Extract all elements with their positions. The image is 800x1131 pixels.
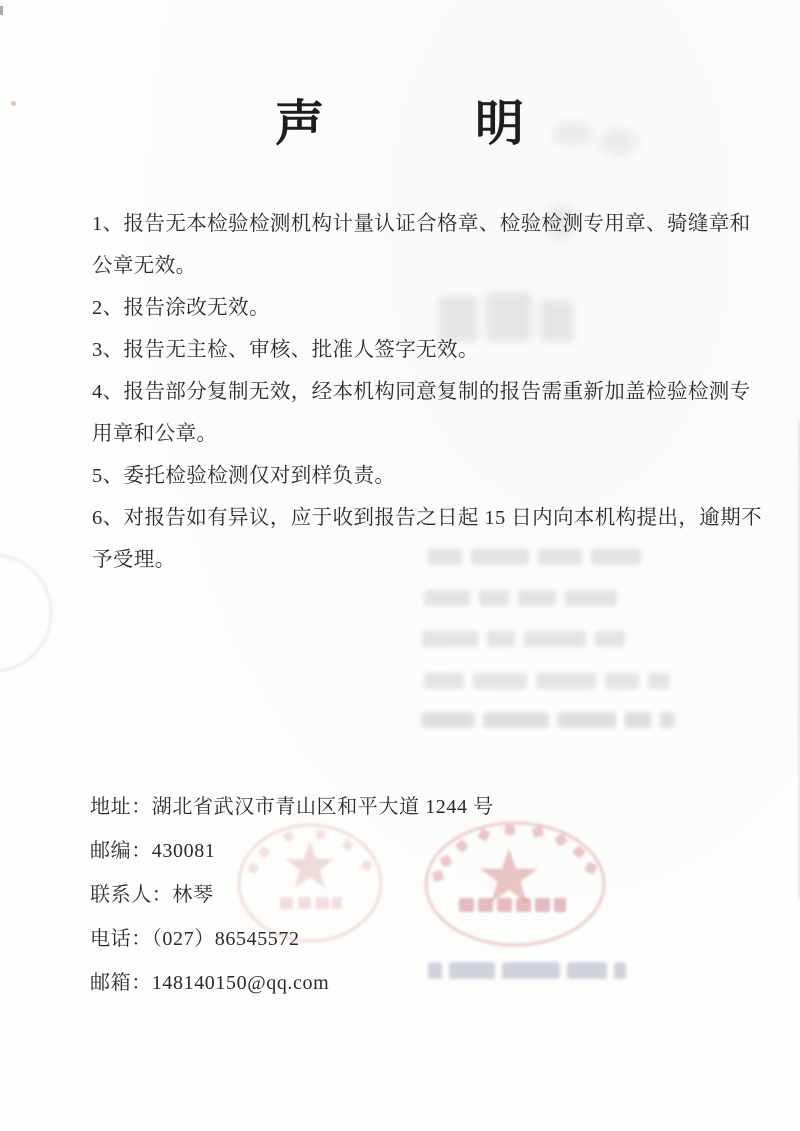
title-char-sheng: 声 (275, 96, 325, 151)
contact-person: 联系人：林琴 (90, 873, 570, 917)
declaration-line-1: 1、报告无本检验检测机构计量认证合格章、检验检测专用章、骑缝章和 (92, 203, 724, 245)
page-title: 声明 (0, 94, 800, 154)
contact-phone: 电话：（027）86545572 (90, 917, 570, 961)
declaration-line-3: 2、报告涂改无效。 (92, 287, 724, 329)
bleedthrough-text-line (422, 631, 625, 647)
declaration-body: 1、报告无本检验检测机构计量认证合格章、检验检测专用章、骑缝章和 公章无效。 2… (92, 203, 724, 581)
bleedthrough-text-line (422, 712, 674, 728)
declaration-line-7: 5、委托检验检测仅对到样负责。 (92, 455, 724, 497)
title-char-ming: 明 (475, 96, 525, 151)
contact-address: 地址：湖北省武汉市青山区和平大道 1244 号 (90, 785, 570, 829)
contact-postcode: 邮编：430081 (90, 829, 570, 873)
bleedthrough-text-line (424, 590, 617, 606)
declaration-line-4: 3、报告无主检、审核、批准人签字无效。 (92, 329, 724, 371)
scan-speck (0, 6, 3, 15)
bleedthrough-edge-seal (0, 554, 52, 672)
declaration-line-8: 6、对报告如有异议，应于收到报告之日起 15 日内向本机构提出，逾期不 (92, 497, 724, 539)
declaration-line-6: 用章和公章。 (92, 413, 724, 455)
bleedthrough-text-line (424, 673, 670, 689)
declaration-line-5: 4、报告部分复制无效，经本机构同意复制的报告需重新加盖检验检测专 (92, 371, 724, 413)
scanned-declaration-page: 声明 1、报告无本检验检测机构计量认证合格章、检验检测专用章、骑缝章和 公章无效… (0, 0, 800, 1131)
declaration-line-2: 公章无效。 (92, 245, 724, 287)
declaration-line-9: 予受理。 (92, 539, 724, 581)
contact-email: 邮箱：148140150@qq.com (90, 961, 570, 1005)
contact-info: 地址：湖北省武汉市青山区和平大道 1244 号 邮编：430081 联系人：林琴… (90, 785, 570, 1005)
